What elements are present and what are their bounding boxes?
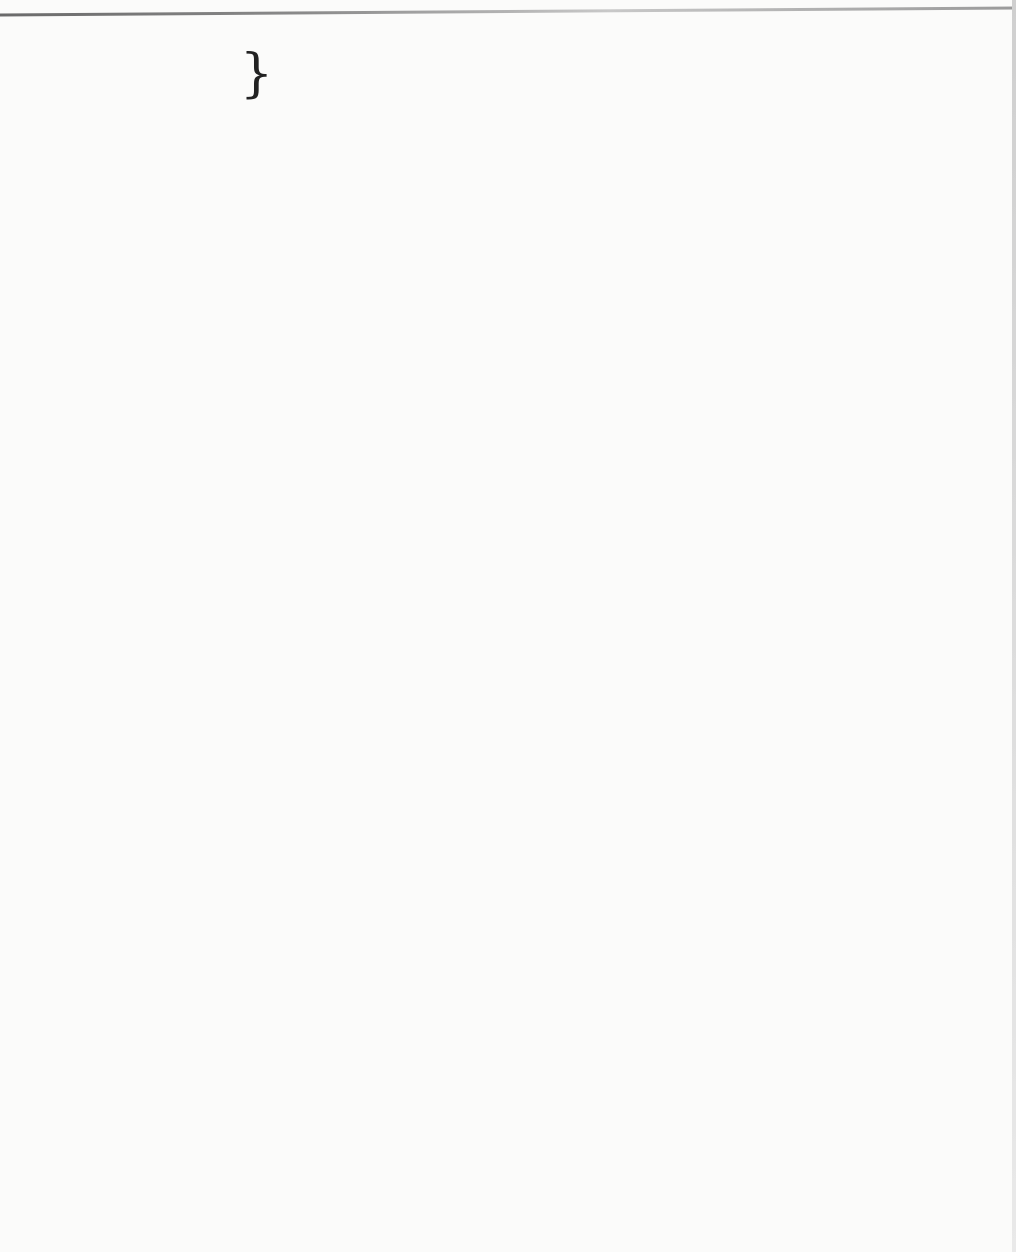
page-edge-shadow bbox=[1012, 0, 1016, 1252]
heading-brace-icon: } bbox=[240, 48, 273, 100]
page-top-rule bbox=[0, 6, 1016, 16]
